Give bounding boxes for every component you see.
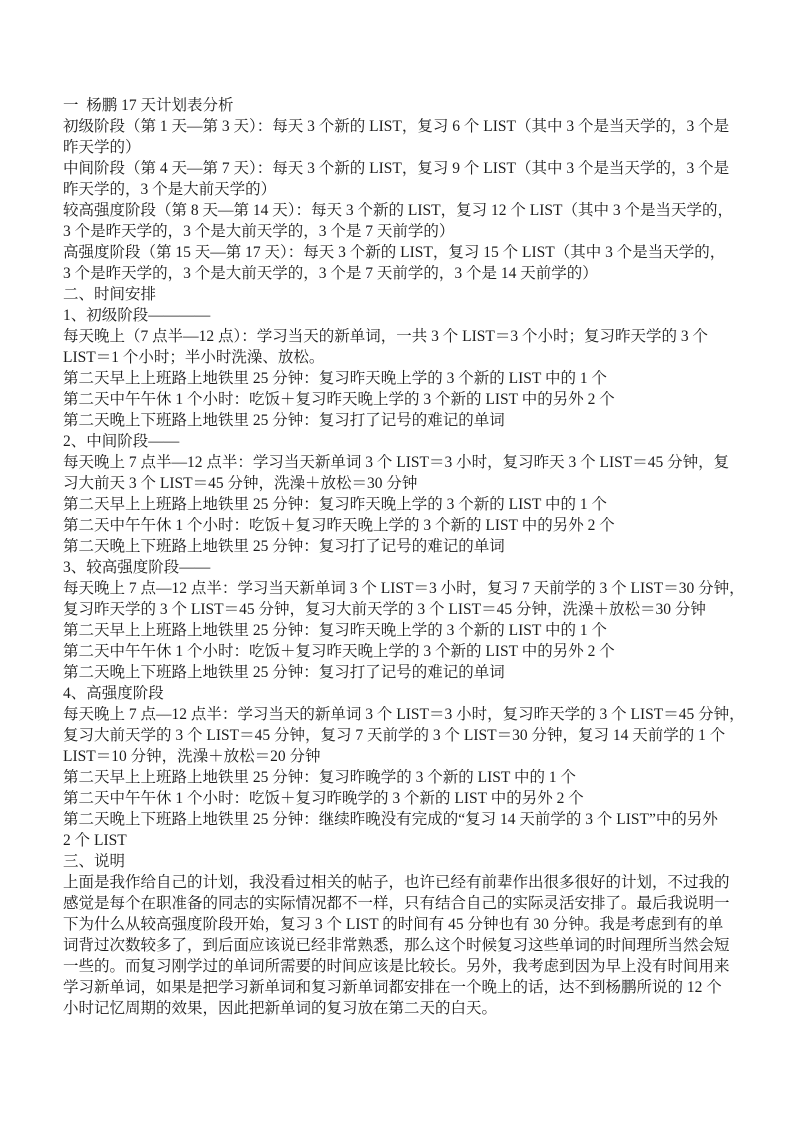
text-line: 每天晚上（7 点半—12 点）：学习当天的新单词，一共 3 个 LIST＝3 个… [63,326,755,347]
text-line: 初级阶段（第 1 天—第 3 天）：每天 3 个新的 LIST，复习 6 个 L… [63,116,755,137]
section-heading-notes: 三、说明 [63,851,755,872]
text-line: 复习大前天学的 3 个 LIST＝45 分钟，复习 7 天前学的 3 个 LIS… [63,725,755,746]
text-line: 下为什么从较高强度阶段开始，复习 3 个 LIST 的时间有 45 分钟也有 3… [63,914,755,935]
text-line: 第二天中午午休 1 个小时：吃饭＋复习昨天晚上学的 3 个新的 LIST 中的另… [63,641,755,662]
text-line: 上面是我作给自己的计划，我没看过相关的帖子，也许已经有前辈作出很多很好的计划，不… [63,872,755,893]
text-line: 3 个是昨天学的，3 个是大前天学的，3 个是 7 天前学的） [63,221,755,242]
text-line: 一些的。而复习刚学过的单词所需要的时间应该是比较长。另外，我考虑到因为早上没有时… [63,956,755,977]
text-line: 第二天晚上下班路上地铁里 25 分钟：复习打了记号的难记的单词 [63,662,755,683]
subsection-heading-phase-3: 3、较高强度阶段—— [63,557,755,578]
document-title: 一 杨鹏 17 天计划表分析 [63,95,755,116]
text-line: 每天晚上 7 点半—12 点半：学习当天新单词 3 个 LIST＝3 小时，复习… [63,452,755,473]
subsection-heading-phase-4: 4、高强度阶段 [63,683,755,704]
text-line: 每天晚上 7 点—12 点半：学习当天新单词 3 个 LIST＝3 小时，复习 … [63,578,755,599]
text-line: 第二天早上上班路上地铁里 25 分钟：复习昨天晚上学的 3 个新的 LIST 中… [63,494,755,515]
text-line: 小时记忆周期的效果，因此把新单词的复习放在第二天的白天。 [63,998,755,1019]
text-line: 每天晚上 7 点—12 点半：学习当天的新单词 3 个 LIST＝3 小时，复习… [63,704,755,725]
text-line: 第二天早上上班路上地铁里 25 分钟：复习昨天晚上学的 3 个新的 LIST 中… [63,620,755,641]
document-page: 一 杨鹏 17 天计划表分析 初级阶段（第 1 天—第 3 天）：每天 3 个新… [0,0,800,1132]
text-line: 较高强度阶段（第 8 天—第 14 天）：每天 3 个新的 LIST，复习 12… [63,200,755,221]
subsection-heading-phase-2: 2、中间阶段—— [63,431,755,452]
text-line: 2 个 LIST [63,830,755,851]
document-text: 一 杨鹏 17 天计划表分析 初级阶段（第 1 天—第 3 天）：每天 3 个新… [63,95,755,1019]
text-line: 第二天早上上班路上地铁里 25 分钟：复习昨晚学的 3 个新的 LIST 中的 … [63,767,755,788]
text-line: LIST＝10 分钟，洗澡＋放松＝20 分钟 [63,746,755,767]
text-line: 高强度阶段（第 15 天—第 17 天）：每天 3 个新的 LIST，复习 15… [63,242,755,263]
text-line: 学习新单词，如果是把学习新单词和复习新单词都安排在一个晚上的话，达不到杨鹏所说的… [63,977,755,998]
text-line: 中间阶段（第 4 天—第 7 天）：每天 3 个新的 LIST，复习 9 个 L… [63,158,755,179]
text-line: 昨天学的，3 个是大前天学的） [63,179,755,200]
text-line: 第二天晚上下班路上地铁里 25 分钟：复习打了记号的难记的单词 [63,410,755,431]
text-line: 感觉是每个在职准备的同志的实际情况都不一样，只有结合自己的实际灵活安排了。最后我… [63,893,755,914]
subsection-heading-phase-1: 1、初级阶段———— [63,305,755,326]
text-line: 第二天晚上下班路上地铁里 25 分钟：继续昨晚没有完成的“复习 14 天前学的 … [63,809,755,830]
text-line: 第二天中午午休 1 个小时：吃饭＋复习昨晚学的 3 个新的 LIST 中的另外 … [63,788,755,809]
text-line: 习大前天 3 个 LIST＝45 分钟，洗澡＋放松＝30 分钟 [63,473,755,494]
section-heading-time-arrangement: 二、时间安排 [63,284,755,305]
text-line: 第二天中午午休 1 个小时：吃饭＋复习昨天晚上学的 3 个新的 LIST 中的另… [63,515,755,536]
text-line: 复习昨天学的 3 个 LIST＝45 分钟，复习大前天学的 3 个 LIST＝4… [63,599,755,620]
text-line: LIST＝1 个小时；半小时洗澡、放松。 [63,347,755,368]
text-line: 昨天学的） [63,137,755,158]
text-line: 第二天中午午休 1 个小时：吃饭＋复习昨天晚上学的 3 个新的 LIST 中的另… [63,389,755,410]
text-line: 第二天晚上下班路上地铁里 25 分钟：复习打了记号的难记的单词 [63,536,755,557]
text-line: 第二天早上上班路上地铁里 25 分钟：复习昨天晚上学的 3 个新的 LIST 中… [63,368,755,389]
text-line: 词背过次数较多了，到后面应该说已经非常熟悉，那么这个时候复习这些单词的时间理所当… [63,935,755,956]
text-line: 3 个是昨天学的，3 个是大前天学的，3 个是 7 天前学的，3 个是 14 天… [63,263,755,284]
